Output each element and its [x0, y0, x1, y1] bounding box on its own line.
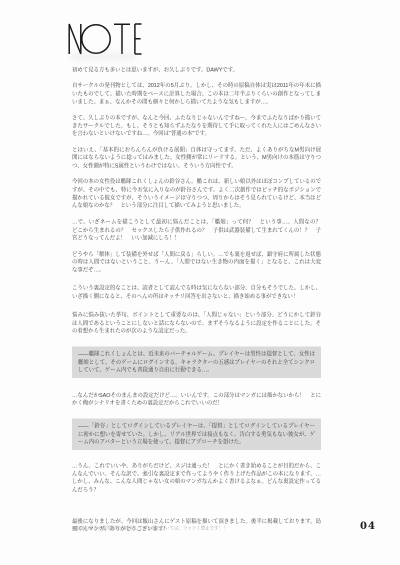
logo-shadow-decoration — [70, 53, 136, 61]
paragraph-sao-comment: …なんだかSAOそのまんまの設定だけど…。いいんです。この部分はマンガには描かな… — [72, 391, 321, 407]
paragraph-publication-gap: 自サークルの発刊物としては、2012年の5月ぶり。しかし、その時の原稿自体は実は… — [72, 82, 321, 106]
inset-setting-block-2: ――「鈴谷」としてログインしているプレイヤーは、「提督」としてログインしているプ… — [72, 418, 321, 450]
paragraph-hidden-settings: こういう裏設定的なことは、読者として読んでる時は気にならない部分。自分もそうでし… — [72, 284, 321, 300]
paragraph-heroine-suzuya: 今回の本の女性役は艦隊これくしょんの鈴谷さん。艦これは、新しい娘以外はほぼコンプ… — [72, 178, 321, 210]
paragraph-what-is-kanmusu: …で、いざネームを描こうとして最初に悩んだことは、「艦娘」って何？ という事…。… — [72, 218, 321, 242]
note-title-logo: NOTE — [68, 23, 142, 55]
paragraph-greeting: 初めて見る方も多いとは思いますが、お久しぶりです。DAWYです。 — [72, 66, 321, 74]
inset-setting-block-1: ――艦隊これくしょんとは、近未来のバーチャルゲーム。プレイヤーは男性は提督として… — [72, 346, 321, 378]
paragraph-must-be-human: 悩みに悩み抜いた挙句、ポイントとして重要なのは、「人間じゃない」という部分。どう… — [72, 311, 321, 335]
page-number: 04 — [360, 521, 376, 532]
afterword-body: 初めて見る方も多いとは思いますが、お久しぶりです。DAWYです。 自サークルの発… — [72, 66, 321, 533]
paragraph-not-futanari: さて、久しぶりの本ですが、なんと今回、ふたなりじゃないんですねー。今までふたなり… — [72, 114, 321, 138]
paragraph-direction: とはいえ、「基本的におちんちんが負ける展開」自体は守ってます。ただ、よくありがち… — [72, 146, 321, 170]
note-logo-lettering — [68, 23, 142, 55]
footnote-cover-note: ※表紙の鈴谷の髪型が左右反転している事については、ツッコミ禁止です！！ — [72, 526, 275, 531]
paragraph-conclusion: …うん。これでいいや。ありがちだけど、スジは通った！ とにかく書き始めることが目… — [72, 462, 321, 494]
paragraph-dismantle: どうやら「解体」して装備を外せば「人間に戻る」らしい。…でも裏を返せば、鎮守府に… — [72, 250, 321, 274]
